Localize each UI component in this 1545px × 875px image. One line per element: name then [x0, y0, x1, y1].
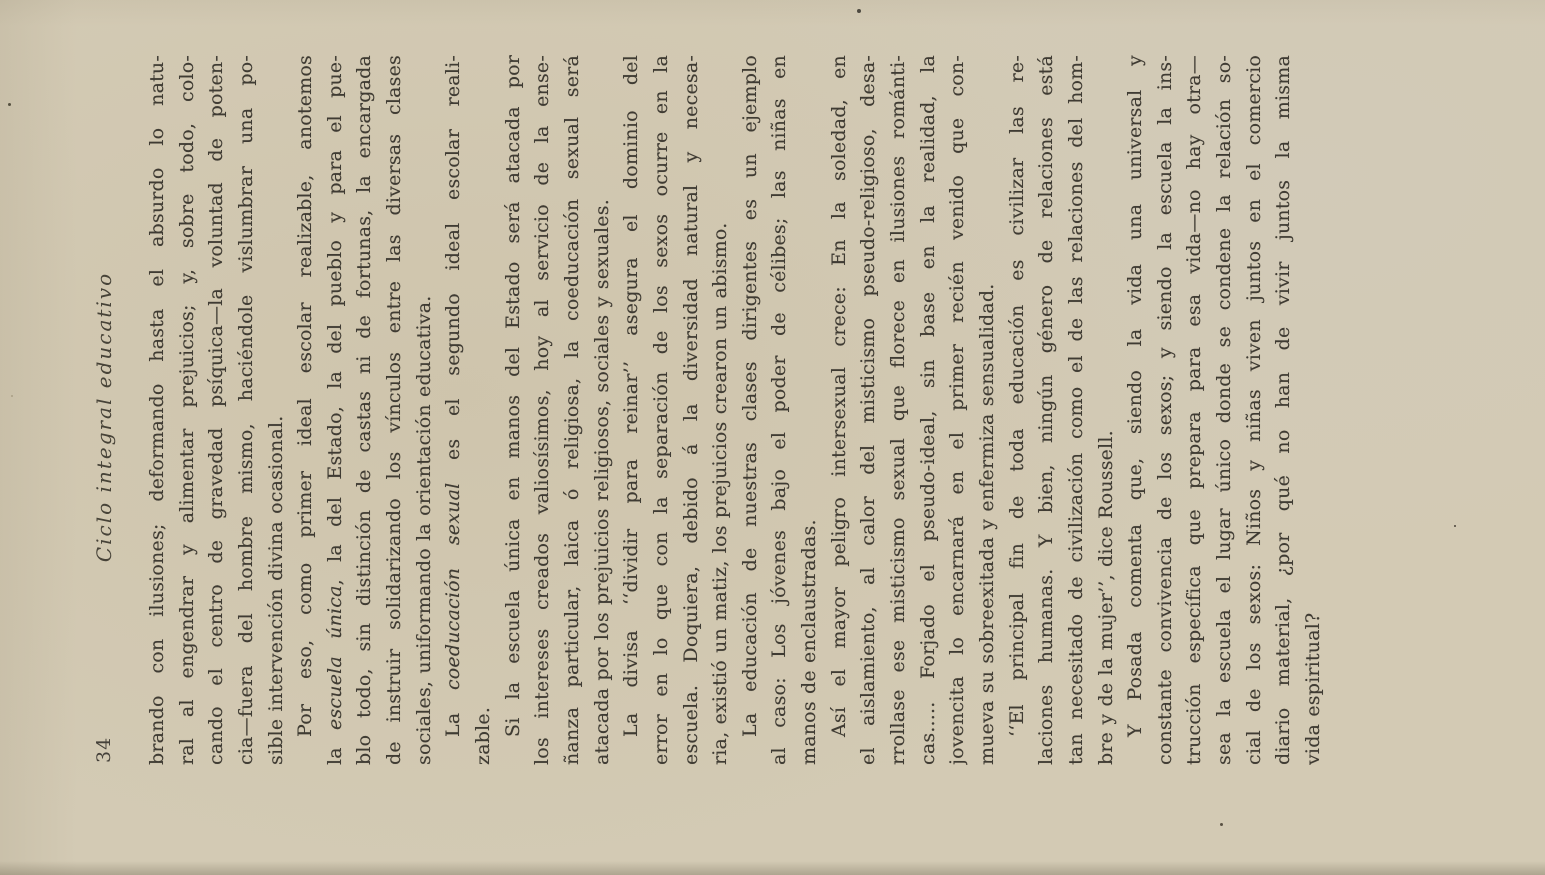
text-segment: La	[442, 690, 464, 737]
text-segment: , la del Estado, la del pueblo y para el…	[324, 55, 346, 585]
text-line: Por eso, como primer ideal escolar reali…	[291, 55, 321, 765]
text-segment: brando con ilusiones; deformando hasta e…	[146, 55, 168, 765]
text-segment: cas..... Forjado el pseudo-ideal, sin ba…	[917, 55, 939, 765]
text-line: ñanza particular, laica ó religiosa, la …	[558, 55, 588, 765]
text-segment: ñanza particular, laica ó religiosa, la …	[561, 55, 583, 765]
text-line: Y Posada comenta que, siendo la vida una…	[1121, 55, 1151, 765]
text-segment: vida espiritual?	[1302, 613, 1324, 765]
text-line: tan necesitado de civilización como el d…	[1062, 55, 1092, 765]
text-segment: ria, existió un matiz, los prejuicios cr…	[709, 223, 731, 765]
text-line: rrollase ese misticismo sexual que flore…	[884, 55, 914, 765]
text-line: atacada por los prejuicios religiosos, s…	[588, 55, 618, 765]
text-segment: cial de los sexos: Niños y niñas viven j…	[1243, 55, 1265, 765]
text-line: blo todo, sin distinción de castas ni de…	[350, 55, 380, 765]
text-segment: ‘‘El principal fin de toda educación es …	[1006, 55, 1028, 737]
text-line: ral al engendrar y alimentar prejuicios;…	[173, 55, 203, 765]
text-line: laciones humanas. Y bien, ningún género …	[1032, 55, 1062, 765]
text-segment: Por eso, como primer ideal escolar reali…	[294, 55, 316, 737]
text-line: sea la escuela el lugar único donde se c…	[1210, 55, 1240, 765]
text-line: cando el centro de gravedad psíquica—la …	[202, 55, 232, 765]
scanned-book-page: 34 Ciclo integral educativo brando con i…	[0, 0, 1545, 875]
text-line: ria, existió un matiz, los prejuicios cr…	[706, 55, 736, 765]
text-line: mueva su sobreexitada y enfermiza sensua…	[973, 55, 1003, 765]
text-segment: el aislamiento, al calor del misticismo …	[857, 55, 879, 765]
text-line: La coeducación sexual es el segundo idea…	[439, 55, 469, 765]
text-segment: los intereses creados valiosísimos, hoy …	[531, 55, 553, 765]
text-segment: trucción específica que prepara para esa…	[1183, 55, 1205, 765]
text-line: diario material, ¿por qué no han de vivi…	[1269, 55, 1299, 765]
text-line: La educación de nuestras clases dirigent…	[736, 55, 766, 765]
text-segment: La educación de nuestras clases dirigent…	[739, 55, 761, 737]
paper-speck	[11, 395, 13, 397]
text-segment: laciones humanas. Y bien, ningún género …	[1035, 55, 1057, 765]
text-line: sible intervención divina ocasional.	[262, 55, 292, 765]
text-line: cial de los sexos: Niños y niñas viven j…	[1240, 55, 1270, 765]
text-line: Si la escuela única en manos del Estado …	[499, 55, 529, 765]
text-line: Así el mayor peligro intersexual crece: …	[825, 55, 855, 765]
text-segment: Si la escuela única en manos del Estado …	[502, 55, 524, 737]
text-segment: jovencita lo encarnará en el primer reci…	[946, 55, 968, 765]
text-line: vida espiritual?	[1299, 55, 1329, 765]
text-line: brando con ilusiones; deformando hasta e…	[143, 55, 173, 765]
text-segment: bre y de la mujer’’, dice Roussell.	[1095, 430, 1117, 765]
text-segment: de instruir solidarizando los vínculos e…	[383, 55, 405, 765]
text-line: ‘‘El principal fin de toda educación es …	[1003, 55, 1033, 765]
text-segment: sible intervención divina ocasional.	[265, 416, 287, 765]
text-segment: sea la escuela el lugar único donde se c…	[1213, 55, 1235, 765]
text-segment: blo todo, sin distinción de castas ni de…	[353, 55, 375, 765]
text-line: el aislamiento, al calor del misticismo …	[854, 55, 884, 765]
text-segment: al caso: Los jóvenes bajo el poder de cé…	[768, 55, 790, 765]
text-segment: es el segundo ideal escolar reali-	[442, 55, 464, 483]
text-segment: zable.	[472, 707, 494, 765]
text-segment: Y Posada comenta que, siendo la vida una…	[1124, 55, 1146, 737]
paper-speck	[1220, 823, 1223, 826]
text-line: constante convivencia de los sexos; y si…	[1151, 55, 1181, 765]
text-segment: cando el centro de gravedad psíquica—la …	[205, 55, 227, 765]
text-segment: la	[324, 730, 346, 765]
running-title: Ciclo integral educativo	[92, 69, 116, 765]
text-line: cas..... Forjado el pseudo-ideal, sin ba…	[914, 55, 944, 765]
text-segment: escuela. Doquiera, debido á la diversida…	[680, 55, 702, 765]
rotated-page-content: 34 Ciclo integral educativo brando con i…	[0, 0, 1545, 875]
text-segment: cia—fuera del hombre mismo, haciéndole v…	[235, 55, 257, 765]
paper-speck	[1454, 525, 1456, 527]
text-line: escuela. Doquiera, debido á la diversida…	[677, 55, 707, 765]
text-segment: manos de enclaustradas.	[798, 519, 820, 765]
text-segment: diario material, ¿por qué no han de vivi…	[1272, 55, 1294, 765]
paper-speck	[8, 103, 11, 106]
text-line: trucción específica que prepara para esa…	[1180, 55, 1210, 765]
text-line: la escuela única, la del Estado, la del …	[321, 55, 351, 765]
text-line: sociales, uniformando la orientación edu…	[410, 55, 440, 765]
text-line: error en lo que con la separación de los…	[647, 55, 677, 765]
text-segment: atacada por los prejuicios religiosos, s…	[591, 199, 613, 765]
italic-phrase: escuela única	[324, 585, 346, 730]
text-line: de instruir solidarizando los vínculos e…	[380, 55, 410, 765]
text-line: cia—fuera del hombre mismo, haciéndole v…	[232, 55, 262, 765]
text-segment: constante convivencia de los sexos; y si…	[1154, 55, 1176, 765]
text-segment: error en lo que con la separación de los…	[650, 55, 672, 765]
text-segment: tan necesitado de civilización como el d…	[1065, 55, 1087, 765]
text-line: jovencita lo encarnará en el primer reci…	[943, 55, 973, 765]
text-block: brando con ilusiones; deformando hasta e…	[143, 55, 1329, 765]
text-line: manos de enclaustradas.	[795, 55, 825, 765]
text-segment: La divisa ‘‘dividir para reinar’’ asegur…	[620, 55, 642, 737]
text-line: zable.	[469, 55, 499, 765]
text-line: La divisa ‘‘dividir para reinar’’ asegur…	[617, 55, 647, 765]
paper-speck	[857, 9, 861, 13]
text-segment: ral al engendrar y alimentar prejuicios;…	[176, 55, 198, 765]
page-header: 34 Ciclo integral educativo	[90, 55, 124, 765]
text-line: bre y de la mujer’’, dice Roussell.	[1092, 55, 1122, 765]
text-segment: mueva su sobreexitada y enfermiza sensua…	[976, 283, 998, 765]
italic-phrase: coeducación sexual	[442, 483, 464, 690]
text-line: los intereses creados valiosísimos, hoy …	[528, 55, 558, 765]
text-segment: sociales, uniformando la orientación edu…	[413, 296, 435, 765]
text-segment: Así el mayor peligro intersexual crece: …	[828, 55, 850, 737]
text-segment: rrollase ese misticismo sexual que flore…	[887, 55, 909, 765]
text-line: al caso: Los jóvenes bajo el poder de cé…	[765, 55, 795, 765]
